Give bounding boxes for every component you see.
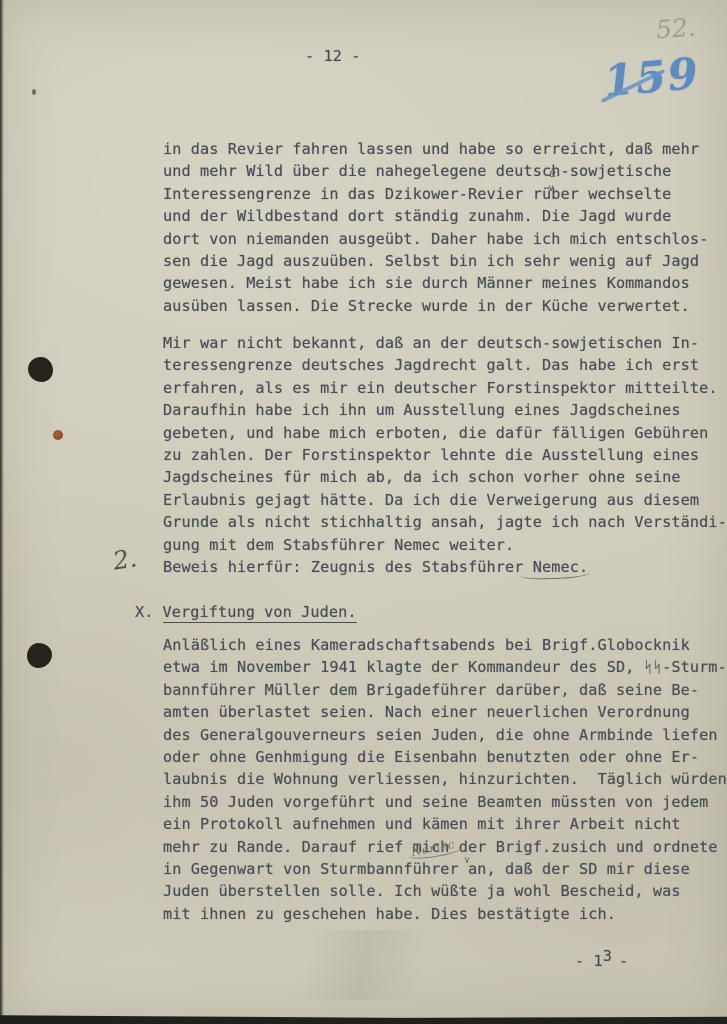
page-number-top: - 12 -: [305, 45, 360, 67]
margin-note-handwritten: 2.: [111, 543, 139, 575]
typed-paragraph-2: Mir war nicht bekannt, daß an der deutsc…: [163, 332, 727, 578]
page-number-bottom-dash: -: [619, 952, 628, 970]
paper-speck: [32, 89, 36, 95]
page-number-bottom: - 13-: [575, 950, 628, 972]
scan-edge-left: [0, 0, 4, 1024]
handwritten-insertion-mark: ü: [549, 167, 556, 180]
scanned-document-page: - 12 - 52. 159 in das Revier fahren lass…: [0, 0, 727, 1024]
section-heading: X.Vergiftung von Juden.: [135, 601, 357, 623]
section-title: Vergiftung von Juden.: [163, 603, 357, 623]
red-ink-dot: [53, 430, 63, 440]
typed-paragraph-1: in das Revier fahren lassen und habe so …: [163, 138, 708, 317]
section-number: X.: [135, 603, 154, 621]
page-number-bottom-text: - 1: [575, 952, 603, 970]
insertion-caret-icon: ∨: [464, 856, 470, 866]
insertion-caret-icon: ∨: [548, 184, 554, 194]
ink-blot-bottom: [27, 643, 52, 668]
typed-paragraph-3: Anläßlich eines Kameradschaftsabends bei…: [163, 634, 727, 925]
ink-blot-top: [28, 357, 53, 382]
page-number-bottom-digit: 3: [603, 947, 612, 965]
scan-edge-bottom: [0, 1008, 727, 1024]
folio-number-pencil: 52.: [655, 13, 697, 45]
